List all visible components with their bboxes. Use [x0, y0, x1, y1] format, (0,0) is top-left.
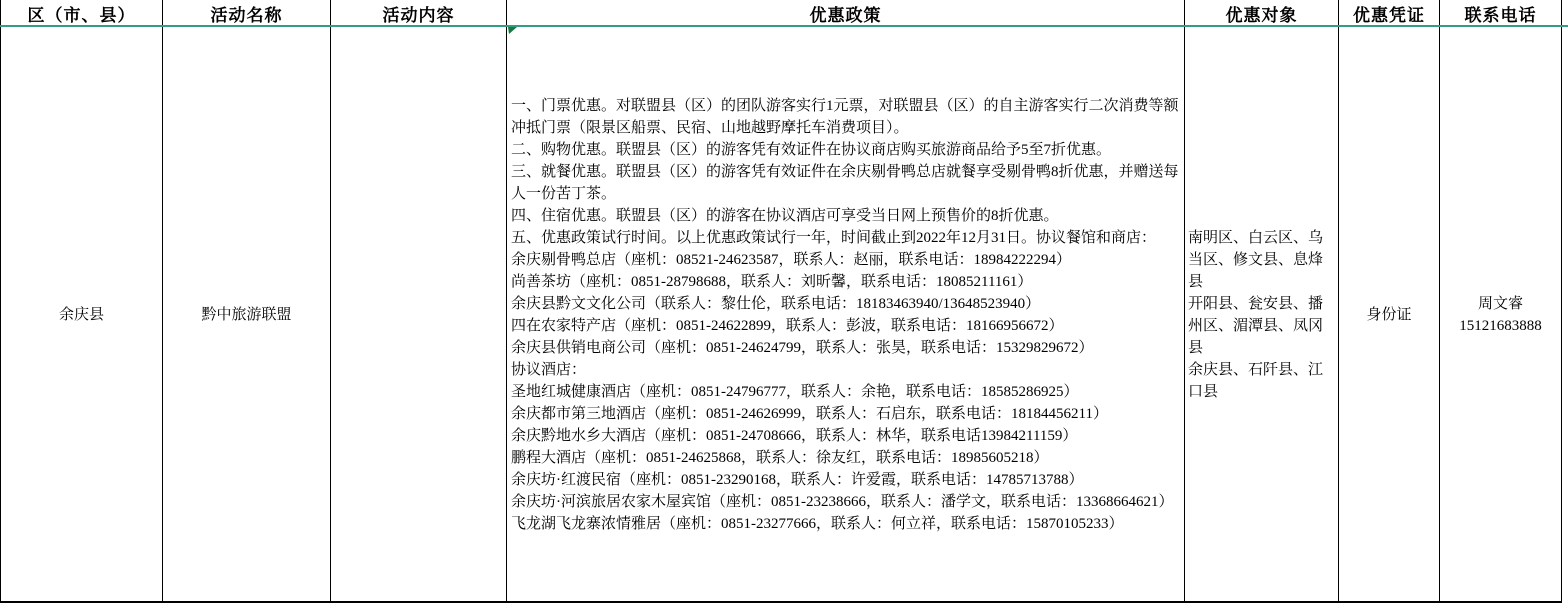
cell-phone[interactable]: 周文睿 15121683888: [1440, 26, 1562, 603]
header-cell-phone: 联系电话: [1440, 0, 1562, 26]
header-divider-line: [0, 25, 1568, 27]
header-cell-region: 区（市、县）: [0, 0, 163, 26]
spreadsheet-grid: 区（市、县） 活动名称 活动内容 优惠政策 优惠对象 优惠凭证 联系电话 余庆县…: [0, 0, 1562, 603]
cell-policy[interactable]: 一、门票优惠。对联盟县（区）的团队游客实行1元票，对联盟县（区）的自主游客实行二…: [507, 26, 1185, 603]
header-cell-target: 优惠对象: [1185, 0, 1339, 26]
cell-activity-content[interactable]: [331, 26, 507, 603]
spreadsheet-view: 区（市、县） 活动名称 活动内容 优惠政策 优惠对象 优惠凭证 联系电话 余庆县…: [0, 0, 1568, 606]
contact-info: 周文睿 15121683888: [1459, 293, 1542, 337]
cell-activity-name[interactable]: 黔中旅游联盟: [163, 26, 331, 603]
policy-text: 一、门票优惠。对联盟县（区）的团队游客实行1元票，对联盟县（区）的自主游客实行二…: [511, 95, 1180, 535]
cell-target[interactable]: 南明区、白云区、乌当区、修文县、息烽县 开阳县、瓮安县、播州区、湄潭县、凤冈县 …: [1185, 26, 1339, 603]
cell-region[interactable]: 余庆县: [0, 26, 163, 603]
cell-voucher[interactable]: 身份证: [1339, 26, 1440, 603]
header-cell-policy: 优惠政策: [507, 0, 1185, 26]
table-bottom-border: [0, 601, 1562, 603]
header-cell-activity-name: 活动名称: [163, 0, 331, 26]
cell-corner-flag-icon: [508, 27, 517, 34]
contact-phone: 15121683888: [1459, 315, 1542, 337]
target-text: 南明区、白云区、乌当区、修文县、息烽县 开阳县、瓮安县、播州区、湄潭县、凤冈县 …: [1188, 227, 1335, 403]
header-cell-activity-content: 活动内容: [331, 0, 507, 26]
contact-name: 周文睿: [1478, 293, 1523, 315]
header-cell-voucher: 优惠凭证: [1339, 0, 1440, 26]
